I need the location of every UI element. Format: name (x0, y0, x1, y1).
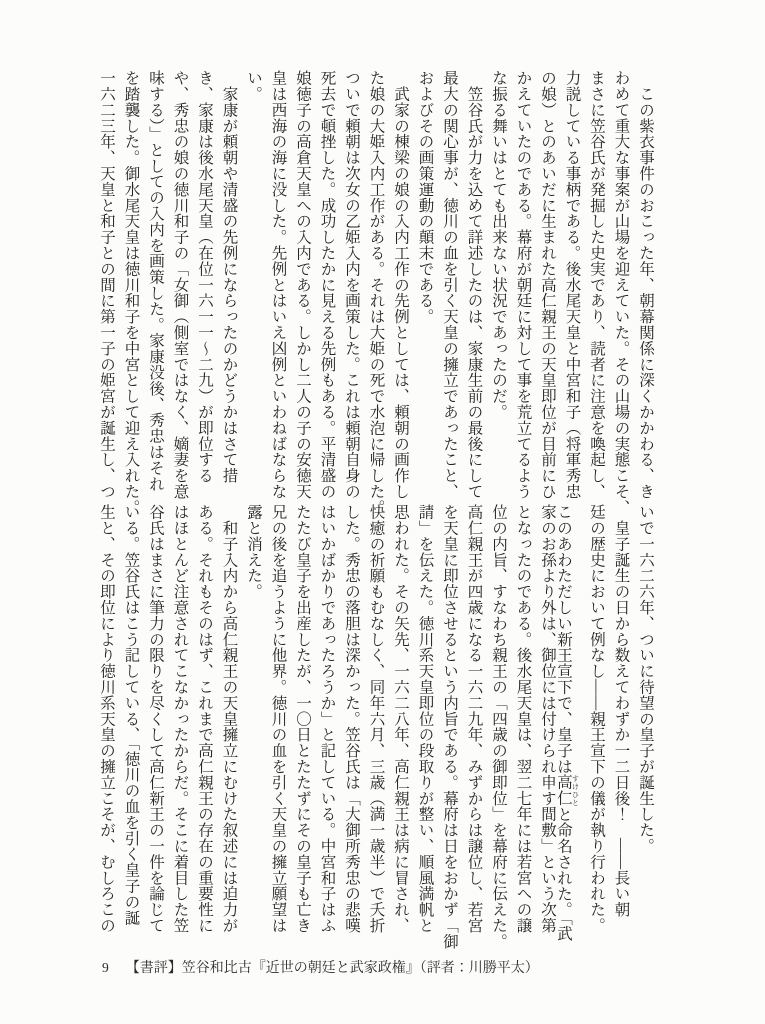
text-column: 皇は西海の海に没した。先例とはいえ凶例といわねばならな (270, 70, 286, 510)
page-number: 9 (102, 960, 109, 976)
text-column: ある。それもそのはず、これまで高仁親王の存在の重要性に (196, 504, 212, 948)
text-column: 谷氏はまさに筆力の限りを尽くして高仁新王の一件を論じて (147, 504, 163, 948)
text-column: 兄の後を追うように他界。徳川の血を引く天皇の擁立願望は (270, 504, 286, 948)
text-column: 笠谷氏が力を込めて詳述したのは、家康生前の最後にして (466, 70, 482, 510)
text-column: 家康が頼朝や清盛の先例にならったのかどうかはさて措 (221, 70, 237, 510)
text-column: 武家の棟梁の娘の入内工作の先例としては、頼朝の画作し (392, 70, 408, 510)
page-footer: 9 【書評】笠谷和比古『近世の朝廷と武家政権』（評者：川勝平太） (102, 957, 539, 977)
text-column: 娘徳子の高倉天皇への入内である。しかし二人の子の安徳天 (294, 70, 310, 510)
text-column: いで一六二六年、ついに待望の皇子が誕生した。 (637, 504, 653, 948)
text-column: を天皇に即位させるという内旨である。幕府は日をおかず「御 (441, 504, 457, 948)
text-column: 廷の歴史において例なし――親王宣下の儀が執り行われた。 (588, 504, 604, 948)
text-column: まさに笠谷氏が発掘した史実であり、読者に注意を喚起し、 (588, 70, 604, 510)
text-column: な振る舞いはとても出来ない状況であったのだ。 (490, 70, 506, 510)
text-column: となったのである。後水尾天皇は、翌二七年には若宮への譲 (515, 504, 531, 948)
text-column: の娘）とのあいだに生まれた高仁親王の天皇即位が目前にひ (539, 70, 555, 510)
text-band-bottom: いで一六二六年、ついに待望の皇子が誕生した。 皇子誕生の日から数えてわずか一二日… (90, 504, 654, 948)
text-column: き、家康は後水尾天皇（在位一六一一〜二九）が即位する (196, 70, 212, 510)
text-column: いる。笠谷氏はこう記している、「徳川の血を引く皇子の誕 (123, 504, 139, 948)
text-column: 位の内旨、すなわち親王の「四歳の御即位」を幕府に伝えた。 (490, 504, 506, 948)
text-column: 請」を伝えた。徳川系天皇即位の段取りが整い、順風満帆と (417, 504, 433, 948)
text-column: 露と消えた。 (245, 504, 261, 948)
text-column: した。秀忠の落胆は深かった。笠谷氏は「大御所秀忠の悲嘆 (343, 504, 359, 948)
text-column: はほとんど注意されてこなかったからだ。そこに着目した笠 (172, 504, 188, 948)
text-column: わめて重大な事案が山場を迎えていた。その山場の実態こそ、 (613, 70, 629, 510)
text-column: ついで頼朝は次女の乙姫入内を画策した。これは頼朝自身の (343, 70, 359, 510)
text-column: や、秀忠の娘の徳川和子の「女御（側室ではなく、嫡妻を意 (172, 70, 188, 510)
text-column: 和子入内から高仁親王の天皇擁立にむけた叙述には迫力が (221, 504, 237, 948)
text-column: 味する）」としての入内を画策した。家康没後、秀忠はそれ (147, 70, 163, 510)
text-column: 力説している事柄である。後水尾天皇と中宮和子（将軍秀忠 (564, 70, 580, 510)
text-column: たたび皇子を出産したが、一〇日とたたずにその皇子も亡き (294, 504, 310, 948)
text-column: 皇子誕生の日から数えてわずか一二日後！ ――長い朝 (613, 504, 629, 948)
text-column: た娘の大姫入内工作がある。それは大姫の死で水泡に帰した。 (368, 70, 384, 510)
text-column: 死去で頓挫した。成功したかに見える先例もある。平清盛の (319, 70, 335, 510)
text-column: かえていたのである。幕府が朝廷に対して事を荒立てるよう (515, 70, 531, 510)
text-column: 高仁親王が四歳になる一六二九年、みずからは譲位し、若宮 (466, 504, 482, 948)
document-page: この紫衣事件のおこった年、朝幕関係に深くかかわる、きわめて重大な事案が山場を迎え… (0, 0, 765, 1024)
text-column: 一六二三年、天皇と和子との間に第一子の姫宮が誕生し、つ (98, 70, 114, 510)
text-column: およびその画策運動の顛末である。 (417, 70, 433, 510)
footer-citation: 【書評】笠谷和比古『近世の朝廷と武家政権』（評者：川勝平太） (126, 957, 539, 977)
text-column: 生と、その即位により徳川系天皇の擁立こそが、むしろこの (98, 504, 114, 948)
text-column: を踏襲した。御水尾天皇は徳川和子を中宮として迎え入れた。 (123, 70, 139, 510)
text-column: この紫衣事件のおこった年、朝幕関係に深くかかわる、き (637, 70, 653, 510)
text-column: 家のお孫より外は、御位には付けられ申す間敷」という次第 (539, 504, 555, 948)
text-band-top: この紫衣事件のおこった年、朝幕関係に深くかかわる、きわめて重大な事案が山場を迎え… (90, 70, 654, 510)
text-column: い。 (245, 70, 261, 510)
text-column: 最大の関心事が、徳川の血を引く天皇の擁立であったこと、 (441, 70, 457, 510)
text-column: はいかばかりであったろうか」と記している。中宮和子はふ (319, 504, 335, 948)
text-column: 思われた。その矢先、一六二八年、高仁親王は病に冒され、 (392, 504, 408, 948)
text-column: このあわただしい新王宣下で、皇子は高仁すけひとと命名された。「武 (564, 504, 580, 948)
text-column: 快癒の祈願もむなしく、同年六月、三歳（満一歳半）で夭折 (368, 504, 384, 948)
